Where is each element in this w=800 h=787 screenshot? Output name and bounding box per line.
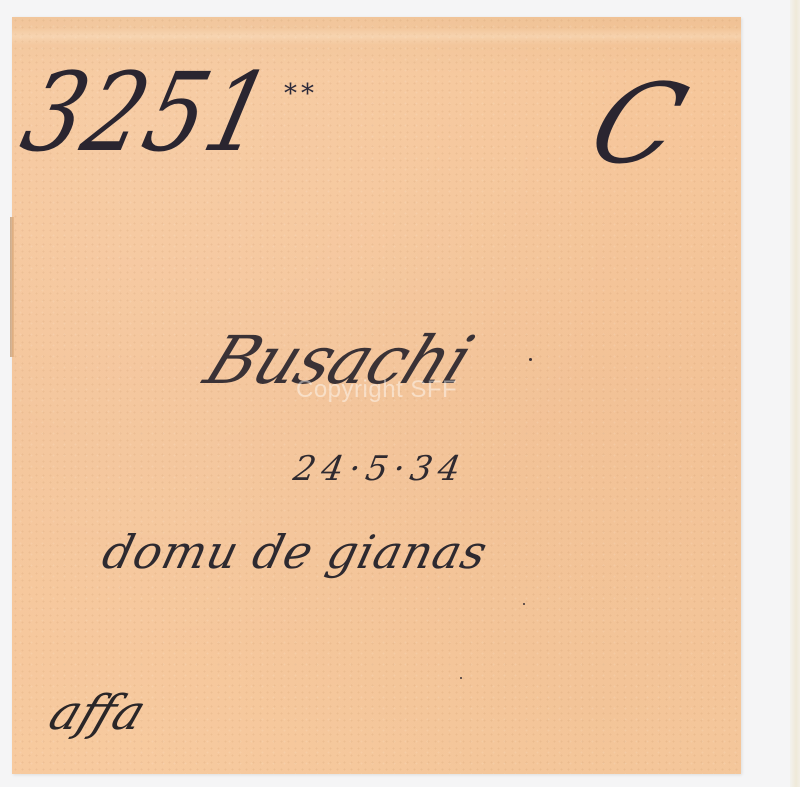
catalog-number: 3251	[13, 59, 282, 168]
ink-speck	[529, 358, 532, 361]
adjacent-page-edge	[790, 0, 800, 787]
collection-place: domu de gianas	[97, 525, 493, 579]
scan-background: 3251 ** C Busachi 24·5·34 domu de gianas…	[0, 0, 800, 787]
ink-speck	[523, 603, 525, 605]
ink-speck	[460, 677, 462, 679]
star-marks-icon: **	[284, 79, 318, 109]
class-letter: C	[578, 69, 698, 179]
archival-card: 3251 ** C Busachi 24·5·34 domu de gianas…	[12, 17, 741, 774]
initials-signature: affa	[42, 685, 154, 741]
collection-date: 24·5·34	[290, 449, 469, 489]
paper-left-fold	[10, 217, 14, 357]
paper-fold-band	[12, 27, 741, 45]
collector-name: Busachi	[194, 322, 483, 399]
